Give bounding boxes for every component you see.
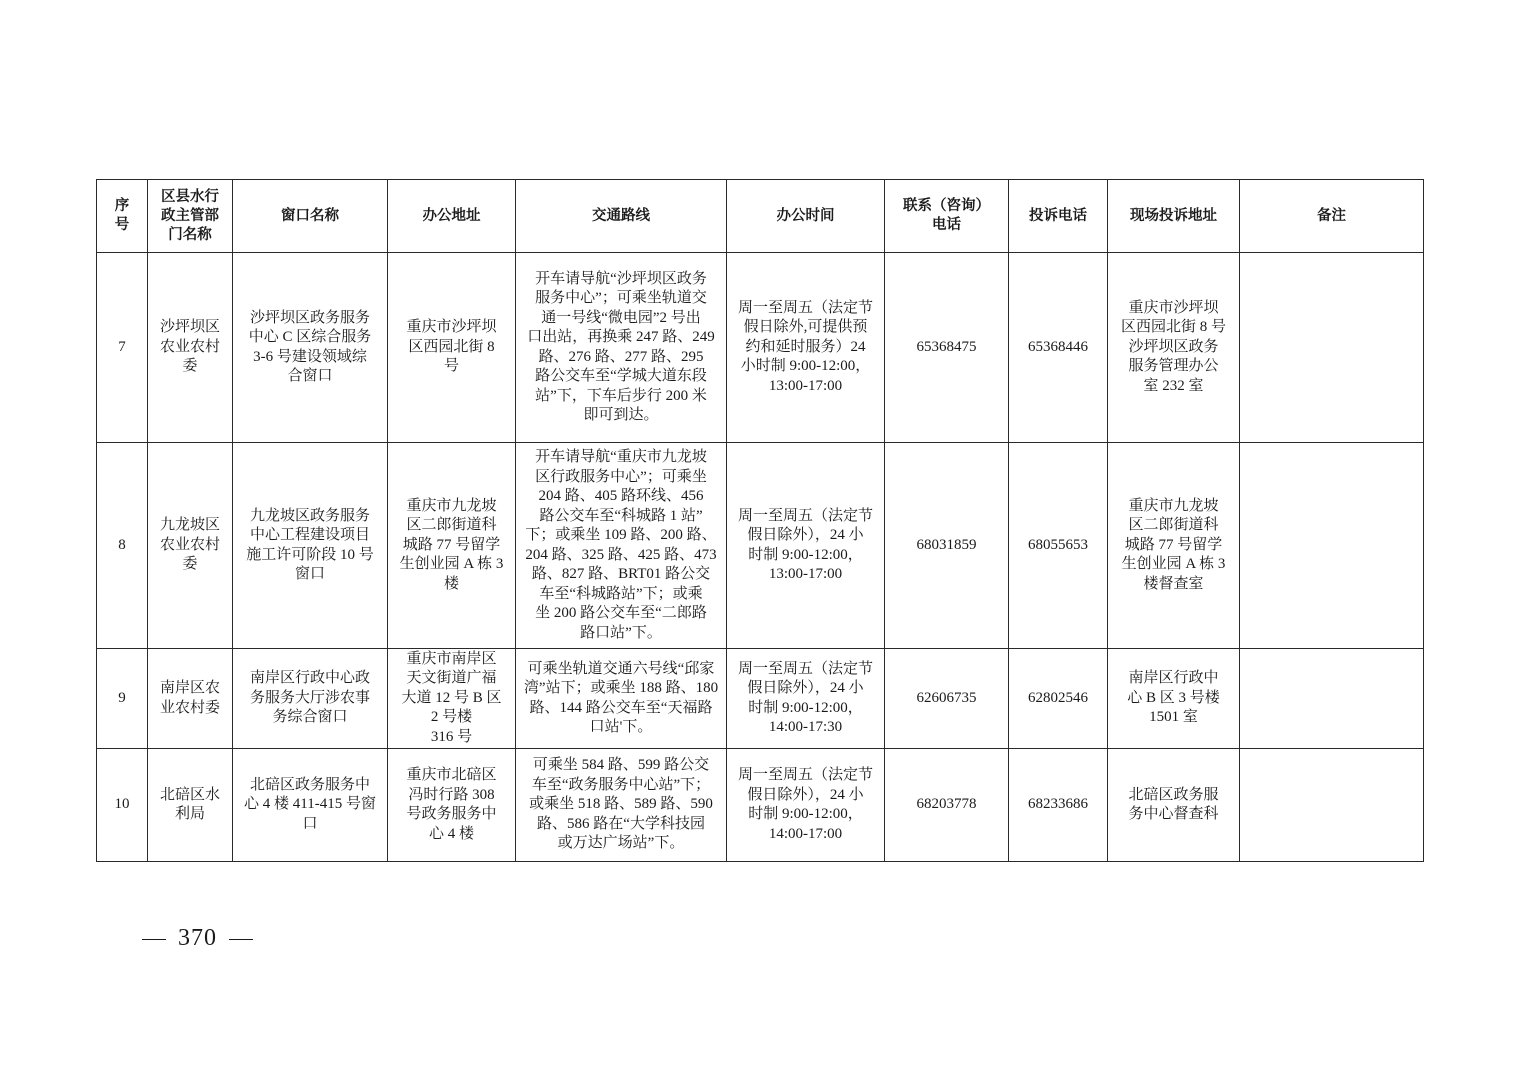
footer-dash-left [142, 939, 166, 940]
page-number: 370 [178, 925, 217, 951]
cell-complaint-phone: 68055653 [1009, 443, 1108, 649]
cell-complaint-address: 重庆市沙坪坝 区西园北街 8 号 沙坪坝区政务 服务管理办公 室 232 室 [1108, 253, 1240, 443]
cell-contact-phone: 65368475 [885, 253, 1009, 443]
cell-complaint-address: 重庆市九龙坡 区二郎街道科 城路 77 号留学 生创业园 A 栋 3 楼督查室 [1108, 443, 1240, 649]
document-page: 序 号 区县水行 政主管部 门名称 窗口名称 办公地址 交通路线 办公时间 联系… [0, 0, 1520, 1074]
cell-index: 7 [97, 253, 148, 443]
cell-window-name: 沙坪坝区政务服务 中心 C 区综合服务 3-6 号建设领域综 合窗口 [233, 253, 388, 443]
cell-contact-phone: 62606735 [885, 649, 1009, 749]
header-complaint-phone: 投诉电话 [1009, 180, 1108, 253]
cell-office-address: 重庆市北碚区 冯时行路 308 号政务服务中 心 4 楼 [388, 749, 516, 862]
header-department: 区县水行 政主管部 门名称 [148, 180, 233, 253]
header-index: 序 号 [97, 180, 148, 253]
cell-office-address: 重庆市沙坪坝 区西园北街 8 号 [388, 253, 516, 443]
table-row: 8 九龙坡区 农业农村 委 九龙坡区政务服务 中心工程建设项目 施工许可阶段 1… [97, 443, 1424, 649]
cell-complaint-phone: 65368446 [1009, 253, 1108, 443]
cell-complaint-phone: 62802546 [1009, 649, 1108, 749]
cell-department: 沙坪坝区 农业农村 委 [148, 253, 233, 443]
cell-remarks [1240, 443, 1424, 649]
cell-department: 南岸区农 业农村委 [148, 649, 233, 749]
cell-office-hours: 周一至周五（法定节 假日除外），24 小 时制 9:00-12:00， 14:0… [727, 749, 885, 862]
cell-index: 10 [97, 749, 148, 862]
table-header-row: 序 号 区县水行 政主管部 门名称 窗口名称 办公地址 交通路线 办公时间 联系… [97, 180, 1424, 253]
cell-complaint-address: 北碚区政务服 务中心督查科 [1108, 749, 1240, 862]
cell-window-name: 南岸区行政中心政 务服务大厅涉农事 务综合窗口 [233, 649, 388, 749]
footer-dash-right [229, 939, 253, 940]
cell-complaint-address: 南岸区行政中 心 B 区 3 号楼 1501 室 [1108, 649, 1240, 749]
cell-window-name: 九龙坡区政务服务 中心工程建设项目 施工许可阶段 10 号 窗口 [233, 443, 388, 649]
cell-office-address: 重庆市南岸区 天文街道广福 大道 12 号 B 区 2 号楼 316 号 [388, 649, 516, 749]
header-remarks: 备注 [1240, 180, 1424, 253]
cell-transport-route: 可乘坐 584 路、599 路公交 车至“政务服务中心站”下； 或乘坐 518 … [516, 749, 727, 862]
cell-remarks [1240, 649, 1424, 749]
header-contact-phone: 联系（咨询） 电话 [885, 180, 1009, 253]
cell-complaint-phone: 68233686 [1009, 749, 1108, 862]
cell-department: 北碚区水 利局 [148, 749, 233, 862]
cell-contact-phone: 68203778 [885, 749, 1009, 862]
cell-office-hours: 周一至周五（法定节 假日除外），24 小 时制 9:00-12:00， 14:0… [727, 649, 885, 749]
cell-office-hours: 周一至周五（法定节 假日除外），24 小 时制 9:00-12:00， 13:0… [727, 443, 885, 649]
cell-office-address: 重庆市九龙坡 区二郎街道科 城路 77 号留学 生创业园 A 栋 3 楼 [388, 443, 516, 649]
header-window-name: 窗口名称 [233, 180, 388, 253]
cell-department: 九龙坡区 农业农村 委 [148, 443, 233, 649]
cell-remarks [1240, 749, 1424, 862]
table-row: 9 南岸区农 业农村委 南岸区行政中心政 务服务大厅涉农事 务综合窗口 重庆市南… [97, 649, 1424, 749]
cell-office-hours: 周一至周五（法定节 假日除外,可提供预 约和延时服务）24 小时制 9:00-1… [727, 253, 885, 443]
cell-transport-route: 可乘坐轨道交通六号线“邱家 湾”站下；或乘坐 188 路、180 路、144 路… [516, 649, 727, 749]
header-complaint-address: 现场投诉地址 [1108, 180, 1240, 253]
cell-index: 8 [97, 443, 148, 649]
cell-contact-phone: 68031859 [885, 443, 1009, 649]
cell-transport-route: 开车请导航“重庆市九龙坡 区行政服务中心”；可乘坐 204 路、405 路环线、… [516, 443, 727, 649]
cell-index: 9 [97, 649, 148, 749]
header-office-address: 办公地址 [388, 180, 516, 253]
header-office-hours: 办公时间 [727, 180, 885, 253]
cell-remarks [1240, 253, 1424, 443]
header-transport-route: 交通路线 [516, 180, 727, 253]
cell-window-name: 北碚区政务服务中 心 4 楼 411-415 号窗 口 [233, 749, 388, 862]
table-row: 10 北碚区水 利局 北碚区政务服务中 心 4 楼 411-415 号窗 口 重… [97, 749, 1424, 862]
cell-transport-route: 开车请导航“沙坪坝区政务 服务中心”；可乘坐轨道交 通一号线“微电园”2 号出 … [516, 253, 727, 443]
page-footer: 370 [130, 925, 265, 952]
table-row: 7 沙坪坝区 农业农村 委 沙坪坝区政务服务 中心 C 区综合服务 3-6 号建… [97, 253, 1424, 443]
service-window-table: 序 号 区县水行 政主管部 门名称 窗口名称 办公地址 交通路线 办公时间 联系… [96, 179, 1424, 862]
